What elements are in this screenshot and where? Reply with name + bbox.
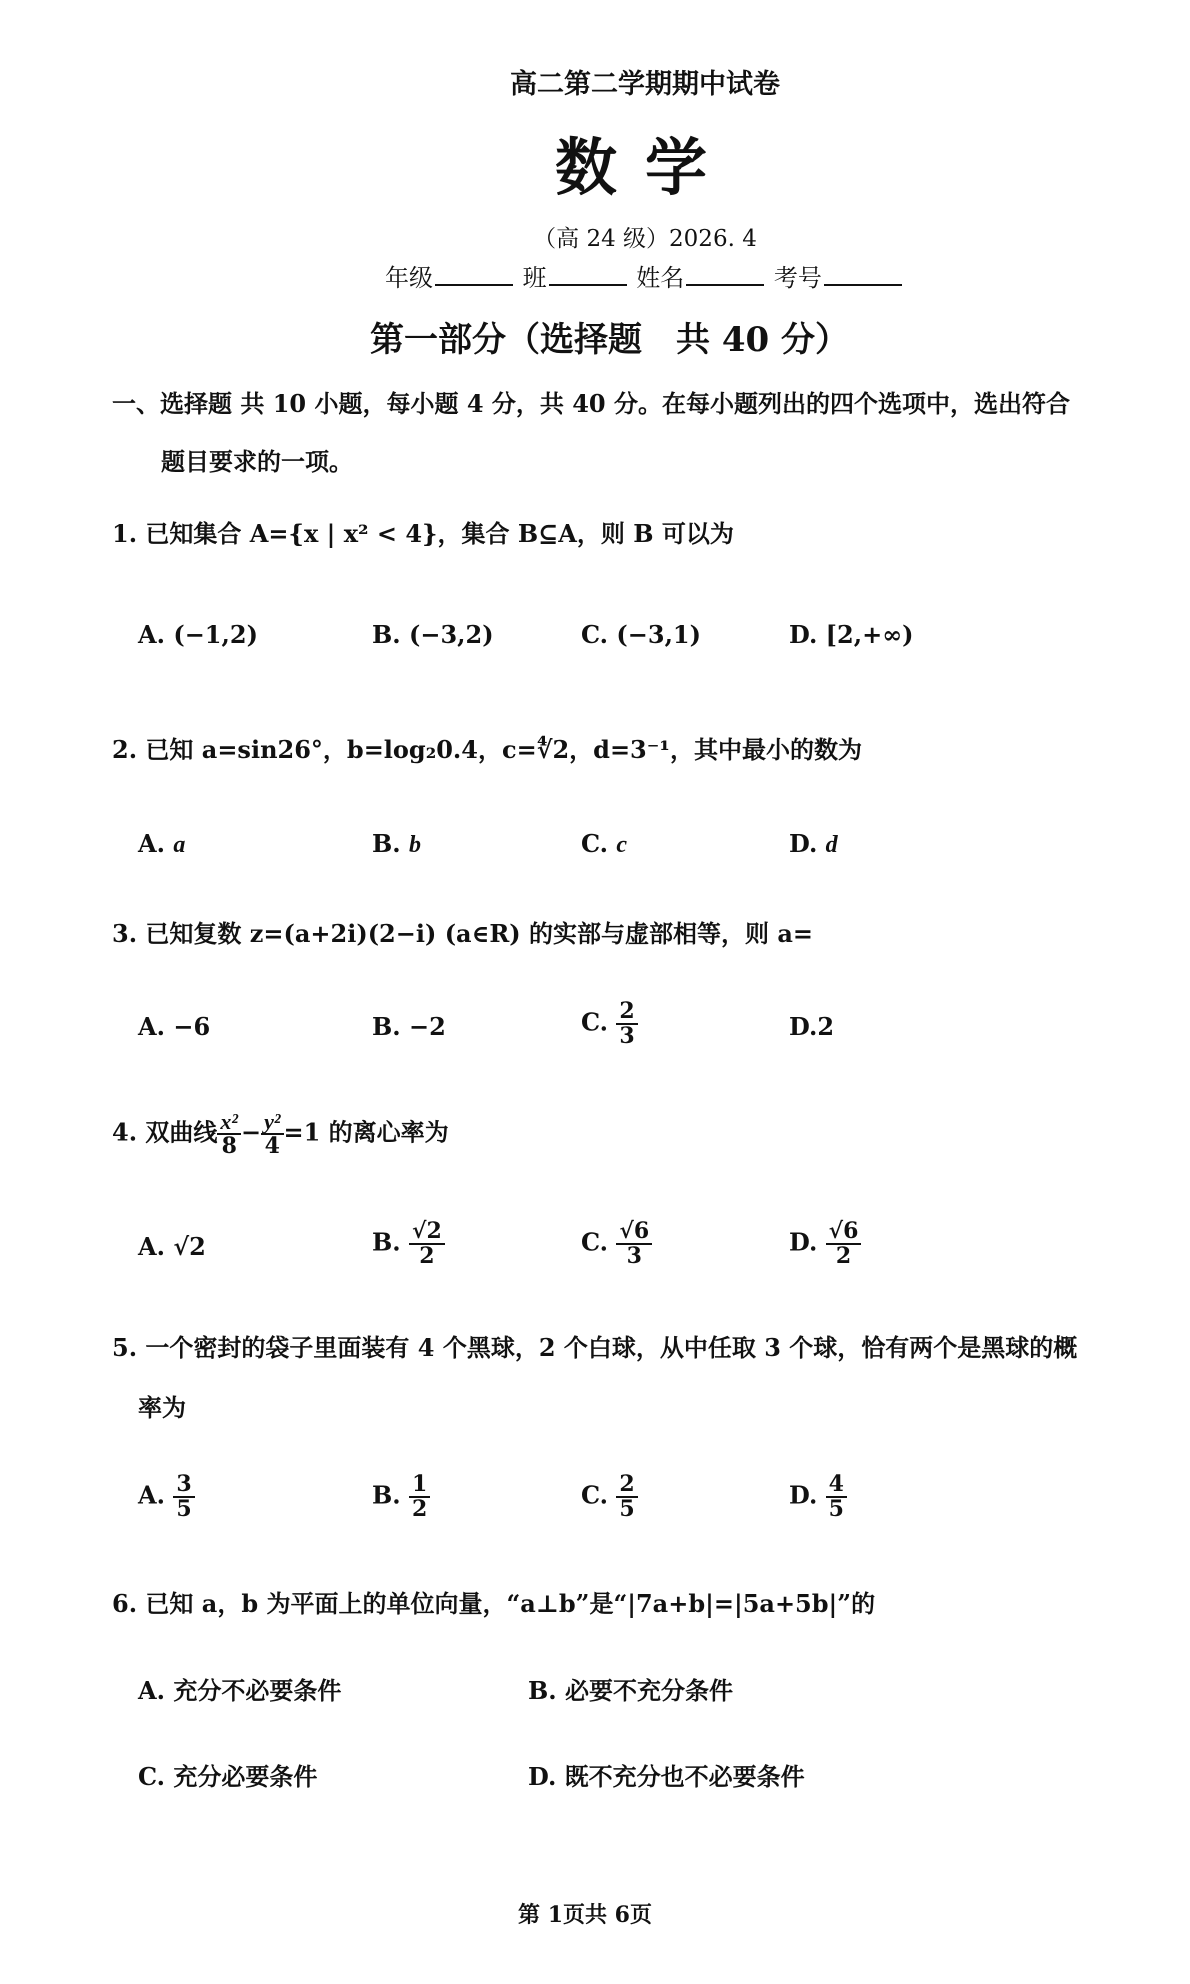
q6-option-d[interactable]: D. 既不充分也不必要条件	[528, 1757, 805, 1792]
instruction-line-1: 一、选择题 共 10 小题，每小题 4 分，共 40 分。在每小题列出的四个选项…	[112, 384, 1070, 419]
field-grade-blank[interactable]	[435, 262, 513, 286]
field-id-blank[interactable]	[824, 262, 902, 286]
q3-option-b[interactable]: B. −2	[372, 1012, 446, 1041]
question-number: 2.	[112, 735, 137, 764]
question-number: 6.	[112, 1589, 137, 1618]
q1-option-c[interactable]: C. (−3,1)	[581, 620, 701, 649]
question-5-line-2: 率为	[138, 1388, 186, 1423]
fraction: √62	[826, 1220, 862, 1268]
q3-option-d[interactable]: D.2	[789, 1012, 834, 1041]
q2-option-d[interactable]: D. d	[789, 829, 838, 859]
q1-option-a[interactable]: A. (−1,2)	[138, 620, 258, 649]
q6-option-b[interactable]: B. 必要不充分条件	[528, 1671, 733, 1706]
q5-option-b[interactable]: B. 12	[372, 1473, 430, 1521]
subject-title: 数学	[0, 118, 1190, 207]
fraction: 25	[616, 1473, 637, 1521]
fraction: y²4	[261, 1110, 283, 1158]
fraction: 12	[409, 1473, 430, 1521]
field-name-label: 姓名	[636, 264, 684, 292]
question-stem: 一个密封的袋子里面装有 4 个黑球，2 个白球，从中任取 3 个球，恰有两个是黑…	[145, 1333, 1077, 1362]
question-2: 2. 已知 a=sin26°，b=log₂0.4，c=∜2，d=3⁻¹，其中最小…	[112, 730, 862, 765]
q2-option-c[interactable]: C. c	[581, 829, 627, 859]
q1-option-b[interactable]: B. (−3,2)	[372, 620, 494, 649]
q4-option-a[interactable]: A. √2	[138, 1232, 206, 1261]
q2-option-a[interactable]: A. a	[138, 829, 185, 859]
question-stem: 已知 a=sin26°，b=log₂0.4，c=∜2，d=3⁻¹，其中最小的数为	[145, 735, 862, 764]
question-number: 4.	[112, 1118, 137, 1147]
page-number: 第 1页共 6页	[0, 1898, 1190, 1929]
q2-option-b[interactable]: B. b	[372, 829, 421, 859]
fraction: x²8	[217, 1110, 241, 1158]
q4-option-c[interactable]: C. √63	[581, 1220, 652, 1268]
q1-option-d[interactable]: D. [2,+∞)	[789, 620, 914, 649]
question-4: 4. 双曲线x²8−y²4=1 的离心率为	[112, 1110, 449, 1158]
fraction: 23	[616, 1000, 637, 1048]
question-number: 5.	[112, 1333, 137, 1362]
q4-option-d[interactable]: D. √62	[789, 1220, 861, 1268]
fraction: 35	[173, 1473, 194, 1521]
question-number: 3.	[112, 919, 137, 948]
fraction: √63	[616, 1220, 652, 1268]
student-info-fields: 年级 班 姓名 考号	[385, 258, 904, 293]
exam-meta: （高 24 级）2026. 4	[0, 220, 1190, 253]
field-class-blank[interactable]	[549, 262, 627, 286]
fraction: √22	[409, 1220, 445, 1268]
field-id-label: 考号	[774, 264, 822, 292]
fraction: 45	[826, 1473, 847, 1521]
q6-option-a[interactable]: A. 充分不必要条件	[138, 1671, 341, 1706]
question-stem: 已知 a，b 为平面上的单位向量，“a⊥b”是“|7a+b|=|5a+5b|”的	[145, 1589, 875, 1618]
question-stem: 已知复数 z=(a+2i)(2−i) (a∈R) 的实部与虚部相等，则 a=	[145, 919, 813, 948]
question-1: 1. 已知集合 A={x | x² < 4}，集合 B⊆A，则 B 可以为	[112, 514, 734, 549]
question-number: 1.	[112, 519, 137, 548]
field-grade-label: 年级	[385, 264, 433, 292]
question-3: 3. 已知复数 z=(a+2i)(2−i) (a∈R) 的实部与虚部相等，则 a…	[112, 914, 813, 949]
exam-title: 高二第二学期期中试卷	[0, 62, 1190, 101]
q3-option-a[interactable]: A. −6	[138, 1012, 210, 1041]
field-class-label: 班	[523, 264, 547, 292]
q4-option-b[interactable]: B. √22	[372, 1220, 445, 1268]
question-stem: 已知集合 A={x | x² < 4}，集合 B⊆A，则 B 可以为	[145, 519, 733, 548]
q3-option-c[interactable]: C. 23	[581, 1000, 638, 1048]
question-6: 6. 已知 a，b 为平面上的单位向量，“a⊥b”是“|7a+b|=|5a+5b…	[112, 1584, 875, 1619]
part-title: 第一部分（选择题 共 40 分）	[370, 312, 849, 361]
q5-option-c[interactable]: C. 25	[581, 1473, 638, 1521]
instruction-line-2: 题目要求的一项。	[161, 442, 353, 477]
question-5: 5. 一个密封的袋子里面装有 4 个黑球，2 个白球，从中任取 3 个球，恰有两…	[112, 1328, 1077, 1363]
q6-option-c[interactable]: C. 充分必要条件	[138, 1757, 317, 1792]
q5-option-d[interactable]: D. 45	[789, 1473, 847, 1521]
field-name-blank[interactable]	[686, 262, 764, 286]
q5-option-a[interactable]: A. 35	[138, 1473, 195, 1521]
